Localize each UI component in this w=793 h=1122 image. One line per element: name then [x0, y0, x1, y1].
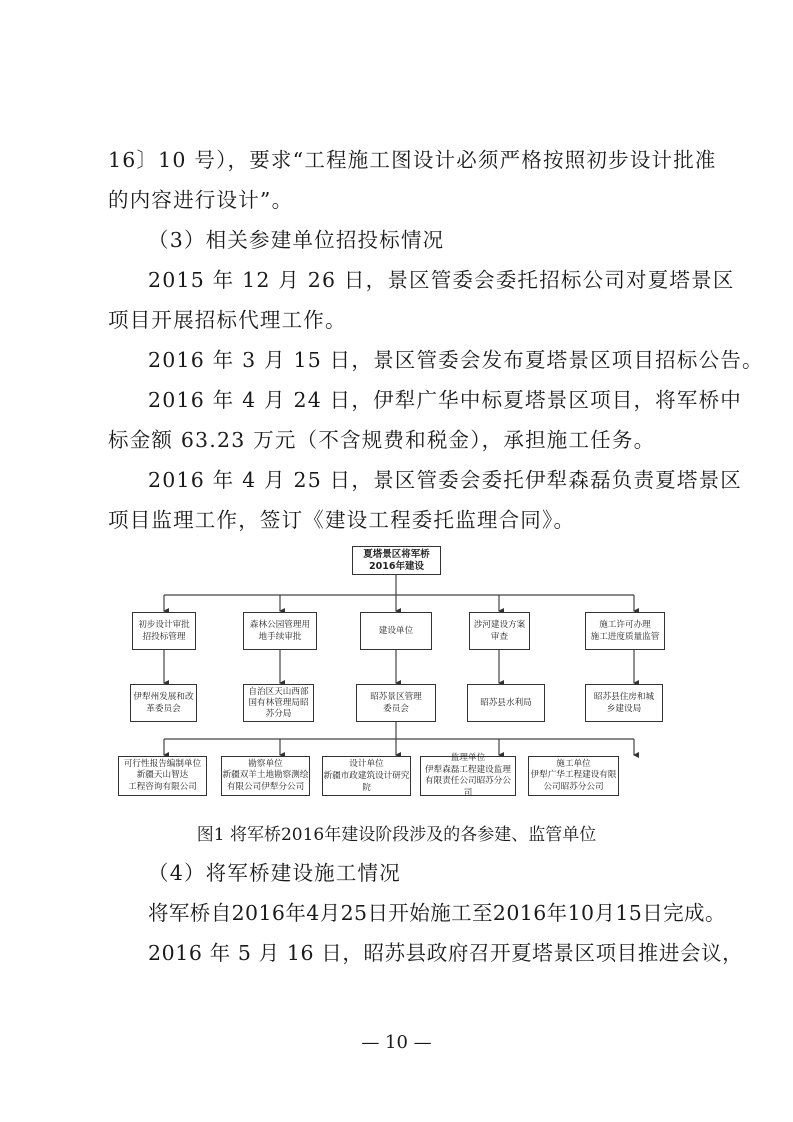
box-line: 涉河建设方案 [474, 619, 526, 631]
box-line: 伊犁州发展和改 [133, 691, 193, 703]
box-line: 地手续审批 [259, 631, 302, 643]
box-line: 伊犁森磊工程建设监理 [425, 765, 511, 777]
box-line: 昭苏县住房和城 [594, 691, 654, 703]
box-forest-park-land-approval: 森林公园管理用 地手续审批 [243, 612, 317, 650]
box-line: 招投标管理 [143, 631, 186, 643]
box-line: 工程咨询有限公司 [128, 782, 197, 794]
box-feasibility-report-unit: 可行性报告编制单位 新疆天山智达 工程咨询有限公司 [118, 756, 207, 796]
box-line: 苏分局 [266, 709, 292, 720]
paragraph-line: 2016 年 5 月 16 日，昭苏县政府召开夏塔景区项目推进会议， [148, 939, 748, 967]
box-line: 施工许可办理 [599, 619, 651, 631]
box-line: 监理单位 [451, 753, 485, 765]
box-line: 施工进度质量监管 [591, 631, 660, 643]
box-line: 森林公园管理用 [250, 619, 310, 631]
page-number: — 10 — [0, 1032, 793, 1053]
box-line: 有限责任公司昭苏分公司 [421, 776, 515, 799]
section-heading: （4）将军桥建设施工情况 [148, 859, 748, 887]
box-line: 革委员会 [146, 703, 180, 715]
box-line: 夏塔景区将军桥 [363, 549, 430, 561]
box-line: 昭苏县水利局 [480, 697, 532, 709]
box-line: 勘察单位 [248, 759, 282, 771]
box-line: 审查 [491, 631, 508, 643]
box-line: 可行性报告编制单位 [124, 759, 201, 771]
box-line: 新疆天山智达 [137, 770, 189, 782]
box-zhaosu-water-bureau: 昭苏县水利局 [467, 684, 545, 722]
box-river-plan-review: 涉河建设方案 审查 [469, 612, 530, 650]
box-design-unit: 设计单位 新疆市政建筑设计研究院 [322, 756, 411, 796]
box-preliminary-design-approval: 初步设计审批 招投标管理 [132, 612, 196, 650]
box-construction-contractor: 施工单位 伊犁广华工程建设有限 公司昭苏分公司 [528, 756, 619, 796]
paragraph-line: 将军桥自2016年4月25日开始施工至2016年10月15日完成。 [148, 899, 748, 927]
box-line: 伊犁广华工程建设有限 [531, 770, 617, 782]
box-line: 国有林管理局昭 [248, 698, 308, 709]
box-line: 有限公司伊犁分公司 [227, 782, 304, 794]
box-line: 2016年建设 [369, 561, 424, 573]
box-line: 新疆市政建筑设计研究院 [323, 770, 410, 794]
box-yili-development-reform-commission: 伊犁州发展和改 革委员会 [130, 684, 197, 722]
box-line: 委员会 [383, 703, 409, 715]
box-zhaosu-housing-bureau: 昭苏县住房和城 乡建设局 [585, 684, 663, 722]
box-construction-permit: 施工许可办理 施工进度质量监管 [585, 612, 665, 650]
box-zhaosu-scenic-committee: 昭苏景区管理 委员会 [356, 684, 436, 722]
box-line: 新疆双羊土地勘察测绘 [223, 770, 309, 782]
box-line: 乡建设局 [607, 703, 641, 715]
box-survey-unit: 勘察单位 新疆双羊土地勘察测绘 有限公司伊犁分公司 [221, 756, 310, 796]
box-line: 建设单位 [379, 625, 413, 637]
box-supervision-unit: 监理单位 伊犁森磊工程建设监理 有限责任公司昭苏分公司 [420, 756, 516, 796]
box-line: 昭苏景区管理 [370, 691, 422, 703]
box-line: 设计单位 [349, 758, 383, 770]
box-tianshan-forestry-bureau: 自治区天山西部 国有林管理局昭 苏分局 [243, 684, 314, 722]
box-line: 自治区天山西部 [248, 687, 308, 698]
box-construction-unit: 建设单位 [360, 612, 432, 650]
chart-root-box: 夏塔景区将军桥 2016年建设 [352, 546, 441, 575]
box-line: 初步设计审批 [138, 619, 190, 631]
box-line: 施工单位 [556, 759, 590, 771]
figure-caption: 图1 将军桥2016年建设阶段涉及的各参建、监管单位 [100, 823, 693, 847]
box-line: 公司昭苏分公司 [543, 782, 603, 794]
